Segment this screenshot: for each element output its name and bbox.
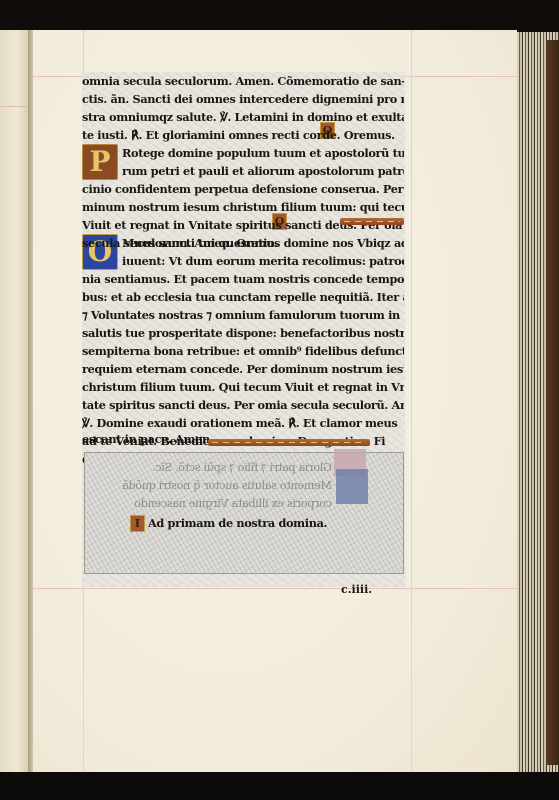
show-through-color-block-blue bbox=[336, 469, 368, 504]
ruling-line bbox=[0, 106, 28, 107]
ruling-line bbox=[411, 30, 412, 775]
initial-letter: P bbox=[83, 145, 117, 179]
mirrored-show-through-line: Memento salutis auctor q̃ nostri quõdã bbox=[102, 477, 332, 495]
text-line: ⁊ Voluntates nostras ⁊ omnium famulorum … bbox=[82, 306, 404, 324]
text-line: ctis. ãn. Sancti dei omnes intercedere d… bbox=[82, 90, 404, 108]
text-block: P O O O omnia secula seculorum. Amen. Cõ… bbox=[82, 72, 405, 587]
text-line: salutis tue prosperitate dispone: benefa… bbox=[82, 324, 404, 342]
text-line: christum filium tuum. Qui tecum Viuit et… bbox=[82, 378, 404, 396]
ruling-line bbox=[33, 588, 517, 589]
folio-number: c.iiii. bbox=[341, 583, 372, 596]
text-line: tate spiritus sancti deus. Per omia secu… bbox=[82, 396, 404, 414]
text-line: rum petri et pauli et aliorum apostoloru… bbox=[122, 162, 404, 180]
mirrored-show-through-line: Gloria patri ⁊ filio ⁊ spũi sctõ. Sĩc. bbox=[102, 459, 332, 477]
rubric-initial: I bbox=[130, 515, 145, 532]
dark-background-top bbox=[0, 0, 559, 32]
illuminated-initial-red: P bbox=[82, 144, 118, 180]
decorative-line-filler bbox=[340, 218, 404, 225]
text-line: cinio confidentem perpetua defensione co… bbox=[82, 180, 404, 198]
binding-cover-edge bbox=[546, 40, 559, 765]
previous-page-edge bbox=[0, 30, 29, 775]
text-line: omnia secula seculorum. Amen. Cõmemorati… bbox=[82, 72, 404, 90]
text-line: te iusti. ℟. Et gloriamini omnes recti c… bbox=[82, 126, 404, 144]
text-line: iuuent: Vt dum eorum merita recolimus: p… bbox=[122, 252, 404, 270]
rubric-initial-letter: I bbox=[131, 516, 144, 531]
text-line: stra omniumqz salute. ℣. Letamini in dom… bbox=[82, 108, 404, 126]
text-line: minum nostrum iesum christum filium tuum… bbox=[82, 198, 404, 216]
text-line: Rotege domine populum tuum et apostolorũ… bbox=[122, 144, 404, 162]
mirrored-show-through-line: corporis ex illibata Virgine nascendo bbox=[102, 495, 332, 513]
text-line: Mnes sancti tui quesumus domine nos Vbiq… bbox=[122, 234, 404, 252]
text-line: sempiterna bona retribue: et omnib⁹ fide… bbox=[82, 342, 404, 360]
text-line: requiem eternam concede. Per dominum nos… bbox=[82, 360, 404, 378]
dark-background-bottom bbox=[0, 772, 559, 800]
decorative-line-filler bbox=[208, 439, 370, 446]
text-line: nia sentiamus. Et pacem tuam nostris con… bbox=[82, 270, 404, 288]
section-heading: Ad primam de nostra domina. bbox=[148, 514, 398, 532]
text-line: bus: et ab ecclesia tua cunctam repelle … bbox=[82, 288, 404, 306]
